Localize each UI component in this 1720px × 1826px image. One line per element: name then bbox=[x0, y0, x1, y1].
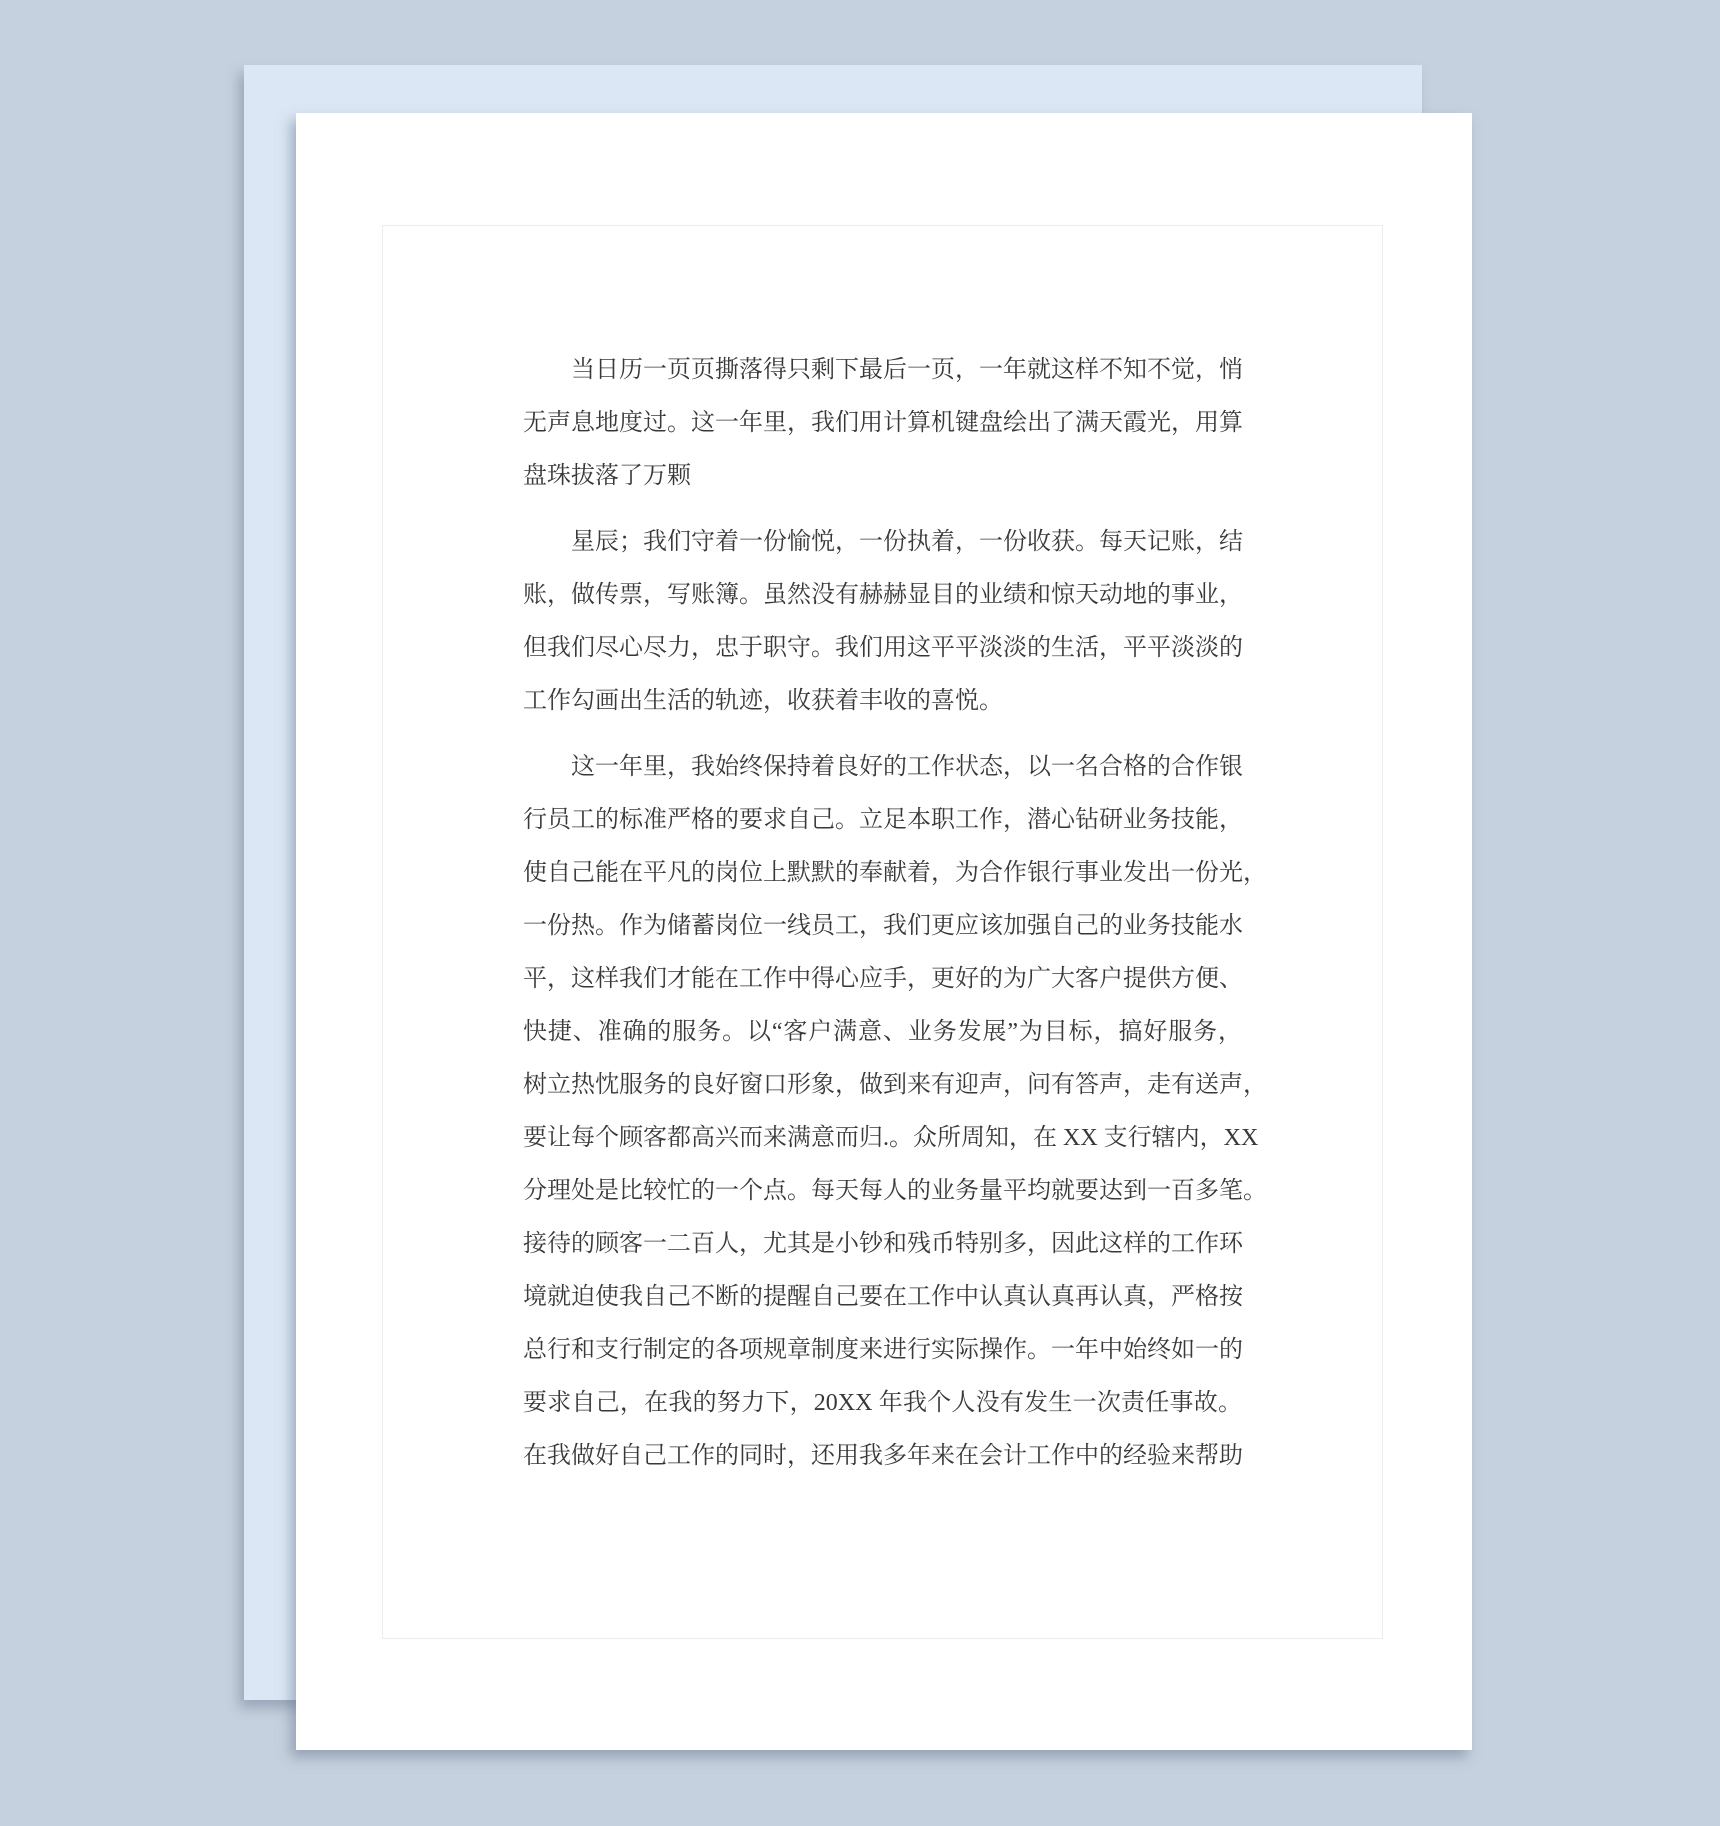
text-line: 行员工的标准严格的要求自己。立足本职工作，潜心钻研业务技能， bbox=[523, 794, 1242, 847]
text-line: 总行和支行制定的各项规章制度来进行实际操作。一年中始终如一的 bbox=[523, 1324, 1242, 1377]
text-line: 要让每个顾客都高兴而来满意而归.。众所周知，在 XX 支行辖内，XX bbox=[523, 1112, 1242, 1165]
paragraph: 这一年里，我始终保持着良好的工作状态，以一名合格的合作银行员工的标准严格的要求自… bbox=[523, 741, 1242, 1483]
text-line: 无声息地度过。这一年里，我们用计算机键盘绘出了满天霞光，用算 bbox=[523, 397, 1242, 450]
text-line: 星辰；我们守着一份愉悦，一份执着，一份收获。每天记账，结 bbox=[523, 516, 1242, 569]
text-line: 工作勾画出生活的轨迹，收获着丰收的喜悦。 bbox=[523, 675, 1242, 728]
text-line: 这一年里，我始终保持着良好的工作状态，以一名合格的合作银 bbox=[523, 741, 1242, 794]
text-line: 盘珠拔落了万颗 bbox=[523, 450, 1242, 503]
text-line: 境就迫使我自己不断的提醒自己要在工作中认真认真再认真，严格按 bbox=[523, 1271, 1242, 1324]
text-line: 账，做传票，写账簿。虽然没有赫赫显目的业绩和惊天动地的事业， bbox=[523, 569, 1242, 622]
text-line: 平，这样我们才能在工作中得心应手，更好的为广大客户提供方便、 bbox=[523, 953, 1242, 1006]
text-line: 当日历一页页撕落得只剩下最后一页，一年就这样不知不觉，悄 bbox=[523, 344, 1242, 397]
text-line: 但我们尽心尽力，忠于职守。我们用这平平淡淡的生活，平平淡淡的 bbox=[523, 622, 1242, 675]
text-frame-border: 当日历一页页撕落得只剩下最后一页，一年就这样不知不觉，悄无声息地度过。这一年里，… bbox=[382, 225, 1383, 1639]
document-body: 当日历一页页撕落得只剩下最后一页，一年就这样不知不觉，悄无声息地度过。这一年里，… bbox=[523, 344, 1242, 1483]
paragraph: 星辰；我们守着一份愉悦，一份执着，一份收获。每天记账，结账，做传票，写账簿。虽然… bbox=[523, 516, 1242, 728]
document-page: 当日历一页页撕落得只剩下最后一页，一年就这样不知不觉，悄无声息地度过。这一年里，… bbox=[296, 113, 1472, 1750]
text-line: 分理处是比较忙的一个点。每天每人的业务量平均就要达到一百多笔。 bbox=[523, 1165, 1242, 1218]
text-line: 一份热。作为储蓄岗位一线员工，我们更应该加强自己的业务技能水 bbox=[523, 900, 1242, 953]
document-preview: 当日历一页页撕落得只剩下最后一页，一年就这样不知不觉，悄无声息地度过。这一年里，… bbox=[0, 0, 1720, 1826]
paragraph: 当日历一页页撕落得只剩下最后一页，一年就这样不知不觉，悄无声息地度过。这一年里，… bbox=[523, 344, 1242, 503]
text-line: 接待的顾客一二百人，尤其是小钞和残币特别多，因此这样的工作环 bbox=[523, 1218, 1242, 1271]
text-line: 在我做好自己工作的同时，还用我多年来在会计工作中的经验来帮助 bbox=[523, 1430, 1242, 1483]
text-line: 要求自己，在我的努力下，20XX 年我个人没有发生一次责任事故。 bbox=[523, 1377, 1242, 1430]
text-line: 快捷、准确的服务。以“客户满意、业务发展”为目标，搞好服务， bbox=[523, 1006, 1242, 1059]
text-line: 使自己能在平凡的岗位上默默的奉献着，为合作银行事业发出一份光， bbox=[523, 847, 1242, 900]
text-line: 树立热忱服务的良好窗口形象，做到来有迎声，问有答声，走有送声， bbox=[523, 1059, 1242, 1112]
